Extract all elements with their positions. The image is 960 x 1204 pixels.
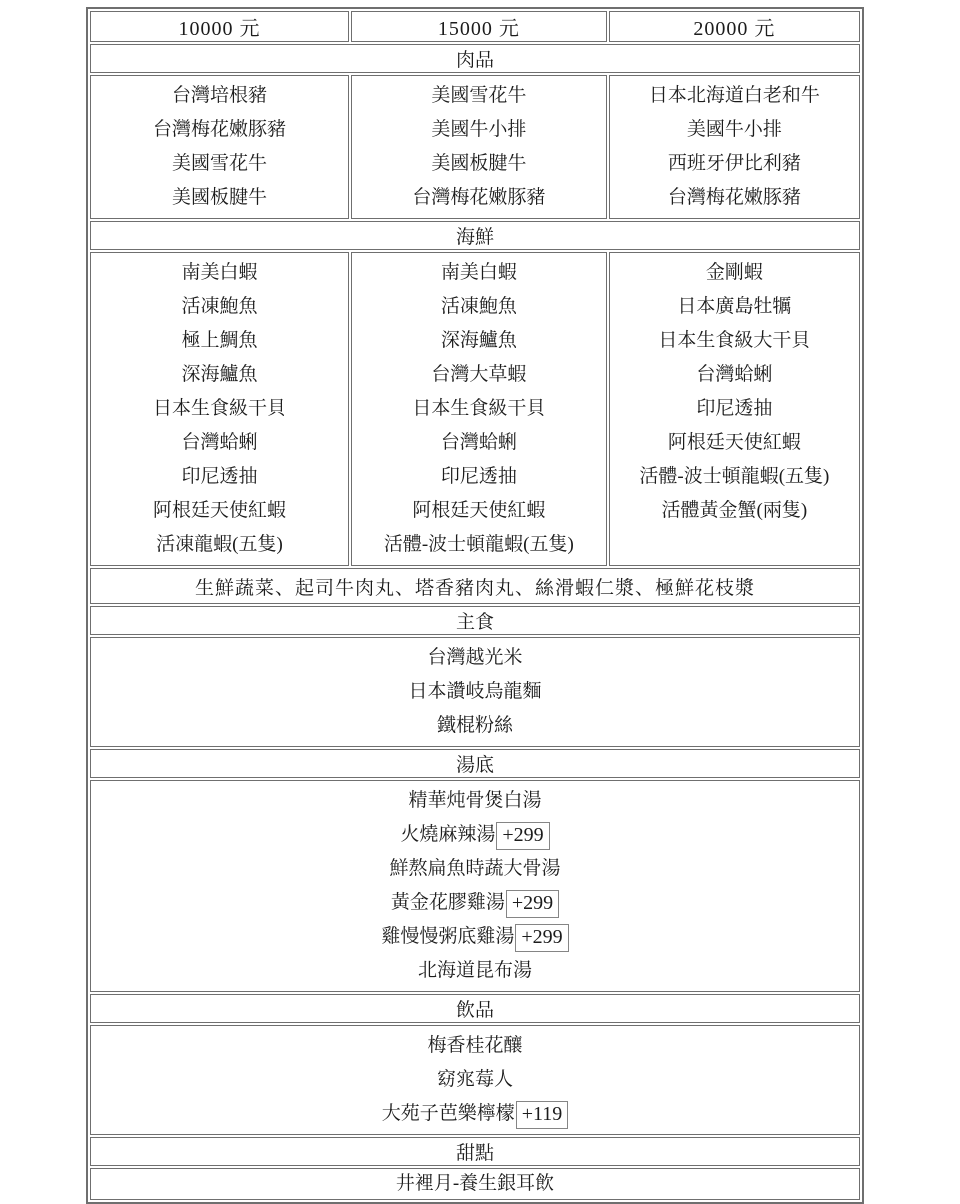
menu-item: 台灣蛤蜊	[610, 358, 859, 392]
meat-col-20000: 日本北海道白老和牛 美國牛小排 西班牙伊比利豬 台灣梅花嫩豚豬	[609, 75, 860, 219]
meat-items-row: 台灣培根豬 台灣梅花嫩豚豬 美國雪花牛 美國板腱牛 美國雪花牛 美國牛小排 美國…	[90, 75, 860, 219]
menu-item: 台灣梅花嫩豚豬	[91, 113, 348, 147]
menu-item: 日本生食級干貝	[352, 392, 606, 426]
drinks-section-row: 飲品	[90, 994, 860, 1023]
menu-item-label: 黃金花膠雞湯	[391, 892, 505, 913]
section-title-meat: 肉品	[90, 44, 860, 73]
soup-section-row: 湯底	[90, 749, 860, 778]
dessert-item: 井裡月-養生銀耳飲	[90, 1168, 860, 1200]
menu-item: 深海鱸魚	[91, 358, 348, 392]
menu-item: 台灣蛤蜊	[91, 426, 348, 460]
meat-col-15000: 美國雪花牛 美國牛小排 美國板腱牛 台灣梅花嫩豚豬	[351, 75, 607, 219]
section-title-drinks: 飲品	[90, 994, 860, 1023]
menu-item-label: 精華炖骨煲白湯	[408, 790, 541, 811]
dessert-items-row: 井裡月-養生銀耳飲	[90, 1168, 860, 1200]
seafood-col-15000: 南美白蝦 活凍鮑魚 深海鱸魚 台灣大草蝦 日本生食級干貝 台灣蛤蜊 印尼透抽 阿…	[351, 252, 607, 566]
extras-items: 生鮮蔬菜、起司牛肉丸、塔香豬肉丸、絲滑蝦仁漿、極鮮花枝漿	[90, 568, 860, 604]
drinks-items-row: 梅香桂花釀 窈宨莓人 大苑子芭樂檸檬+119	[90, 1025, 860, 1135]
menu-item: 印尼透抽	[91, 460, 348, 494]
menu-item: 印尼透抽	[352, 460, 606, 494]
menu-item: 雞慢慢粥底雞湯+299	[91, 920, 859, 954]
section-title-staple: 主食	[90, 606, 860, 635]
meat-col-10000: 台灣培根豬 台灣梅花嫩豚豬 美國雪花牛 美國板腱牛	[90, 75, 349, 219]
dessert-section-row: 甜點	[90, 1137, 860, 1166]
menu-item-label: 鮮熬扁魚時蔬大骨湯	[389, 858, 560, 879]
meat-section-row: 肉品	[90, 44, 860, 73]
section-title-seafood: 海鮮	[90, 221, 860, 250]
seafood-col-10000: 南美白蝦 活凍鮑魚 極上鯛魚 深海鱸魚 日本生食級干貝 台灣蛤蜊 印尼透抽 阿根…	[90, 252, 349, 566]
menu-item: 活體黃金蟹(兩隻)	[610, 494, 859, 528]
menu-table: 10000 元 15000 元 20000 元 肉品 台灣培根豬 台灣梅花嫩豚豬…	[86, 7, 864, 1204]
menu-item: 活凍龍蝦(五隻)	[91, 528, 348, 562]
seafood-section-row: 海鮮	[90, 221, 860, 250]
menu-item-label: 窈宨莓人	[437, 1069, 513, 1090]
staple-items-cell: 台灣越光米 日本讚岐烏龍麵 鐵棍粉絲	[90, 637, 860, 747]
menu-item: 金剛蝦	[610, 256, 859, 290]
surcharge-badge: +299	[515, 924, 568, 952]
soup-items-cell: 精華炖骨煲白湯 火燒麻辣湯+299 鮮熬扁魚時蔬大骨湯 黃金花膠雞湯+299 雞…	[90, 780, 860, 992]
menu-item: 日本讚岐烏龍麵	[91, 675, 859, 709]
menu-item: 台灣大草蝦	[352, 358, 606, 392]
menu-item: 活體-波士頓龍蝦(五隻)	[610, 460, 859, 494]
menu-item: 北海道昆布湯	[91, 954, 859, 988]
menu-item: 極上鯛魚	[91, 324, 348, 358]
price-tier-row: 10000 元 15000 元 20000 元	[90, 11, 860, 42]
menu-item: 活凍鮑魚	[91, 290, 348, 324]
menu-item-label: 大苑子芭樂檸檬	[382, 1103, 515, 1124]
menu-item: 美國牛小排	[610, 113, 859, 147]
menu-item: 日本廣島牡犡	[610, 290, 859, 324]
menu-item: 美國板腱牛	[352, 147, 606, 181]
section-title-soup: 湯底	[90, 749, 860, 778]
tier-10000: 10000 元	[90, 11, 349, 42]
staple-section-row: 主食	[90, 606, 860, 635]
menu-item: 大苑子芭樂檸檬+119	[91, 1097, 859, 1131]
menu-item: 美國雪花牛	[352, 79, 606, 113]
menu-item: 日本生食級大干貝	[610, 324, 859, 358]
tier-20000: 20000 元	[609, 11, 860, 42]
menu-item: 梅香桂花釀	[91, 1029, 859, 1063]
menu-item: 西班牙伊比利豬	[610, 147, 859, 181]
menu-item: 窈宨莓人	[91, 1063, 859, 1097]
menu-item: 南美白蝦	[91, 256, 348, 290]
menu-item: 台灣梅花嫩豚豬	[610, 181, 859, 215]
menu-item-label: 北海道昆布湯	[418, 960, 532, 981]
drinks-items-cell: 梅香桂花釀 窈宨莓人 大苑子芭樂檸檬+119	[90, 1025, 860, 1135]
seafood-items-row: 南美白蝦 活凍鮑魚 極上鯛魚 深海鱸魚 日本生食級干貝 台灣蛤蜊 印尼透抽 阿根…	[90, 252, 860, 566]
menu-item: 台灣蛤蜊	[352, 426, 606, 460]
menu-item: 深海鱸魚	[352, 324, 606, 358]
menu-item-label: 火燒麻辣湯	[400, 824, 495, 845]
menu-item: 阿根廷天使紅蝦	[610, 426, 859, 460]
surcharge-badge: +299	[496, 822, 549, 850]
menu-item: 台灣越光米	[91, 641, 859, 675]
seafood-col-20000: 金剛蝦 日本廣島牡犡 日本生食級大干貝 台灣蛤蜊 印尼透抽 阿根廷天使紅蝦 活體…	[609, 252, 860, 566]
menu-item: 精華炖骨煲白湯	[91, 784, 859, 818]
extras-row: 生鮮蔬菜、起司牛肉丸、塔香豬肉丸、絲滑蝦仁漿、極鮮花枝漿	[90, 568, 860, 604]
surcharge-badge: +119	[516, 1101, 569, 1129]
menu-item: 阿根廷天使紅蝦	[352, 494, 606, 528]
menu-item: 美國板腱牛	[91, 181, 348, 215]
menu-item: 日本北海道白老和牛	[610, 79, 859, 113]
menu-page: 10000 元 15000 元 20000 元 肉品 台灣培根豬 台灣梅花嫩豚豬…	[0, 0, 960, 1204]
section-title-dessert: 甜點	[90, 1137, 860, 1166]
menu-item-label: 雞慢慢粥底雞湯	[381, 926, 514, 947]
menu-item: 火燒麻辣湯+299	[91, 818, 859, 852]
menu-item: 日本生食級干貝	[91, 392, 348, 426]
menu-item: 台灣梅花嫩豚豬	[352, 181, 606, 215]
menu-item: 美國雪花牛	[91, 147, 348, 181]
tier-15000: 15000 元	[351, 11, 607, 42]
menu-item: 美國牛小排	[352, 113, 606, 147]
menu-item: 活凍鮑魚	[352, 290, 606, 324]
menu-item: 台灣培根豬	[91, 79, 348, 113]
menu-item-label: 梅香桂花釀	[427, 1035, 522, 1056]
menu-item: 印尼透抽	[610, 392, 859, 426]
menu-item: 活體-波士頓龍蝦(五隻)	[352, 528, 606, 562]
menu-item: 南美白蝦	[352, 256, 606, 290]
menu-item: 鐵棍粉絲	[91, 709, 859, 743]
soup-items-row: 精華炖骨煲白湯 火燒麻辣湯+299 鮮熬扁魚時蔬大骨湯 黃金花膠雞湯+299 雞…	[90, 780, 860, 992]
menu-item: 黃金花膠雞湯+299	[91, 886, 859, 920]
staple-items-row: 台灣越光米 日本讚岐烏龍麵 鐵棍粉絲	[90, 637, 860, 747]
surcharge-badge: +299	[506, 890, 559, 918]
menu-item: 阿根廷天使紅蝦	[91, 494, 348, 528]
menu-item: 鮮熬扁魚時蔬大骨湯	[91, 852, 859, 886]
